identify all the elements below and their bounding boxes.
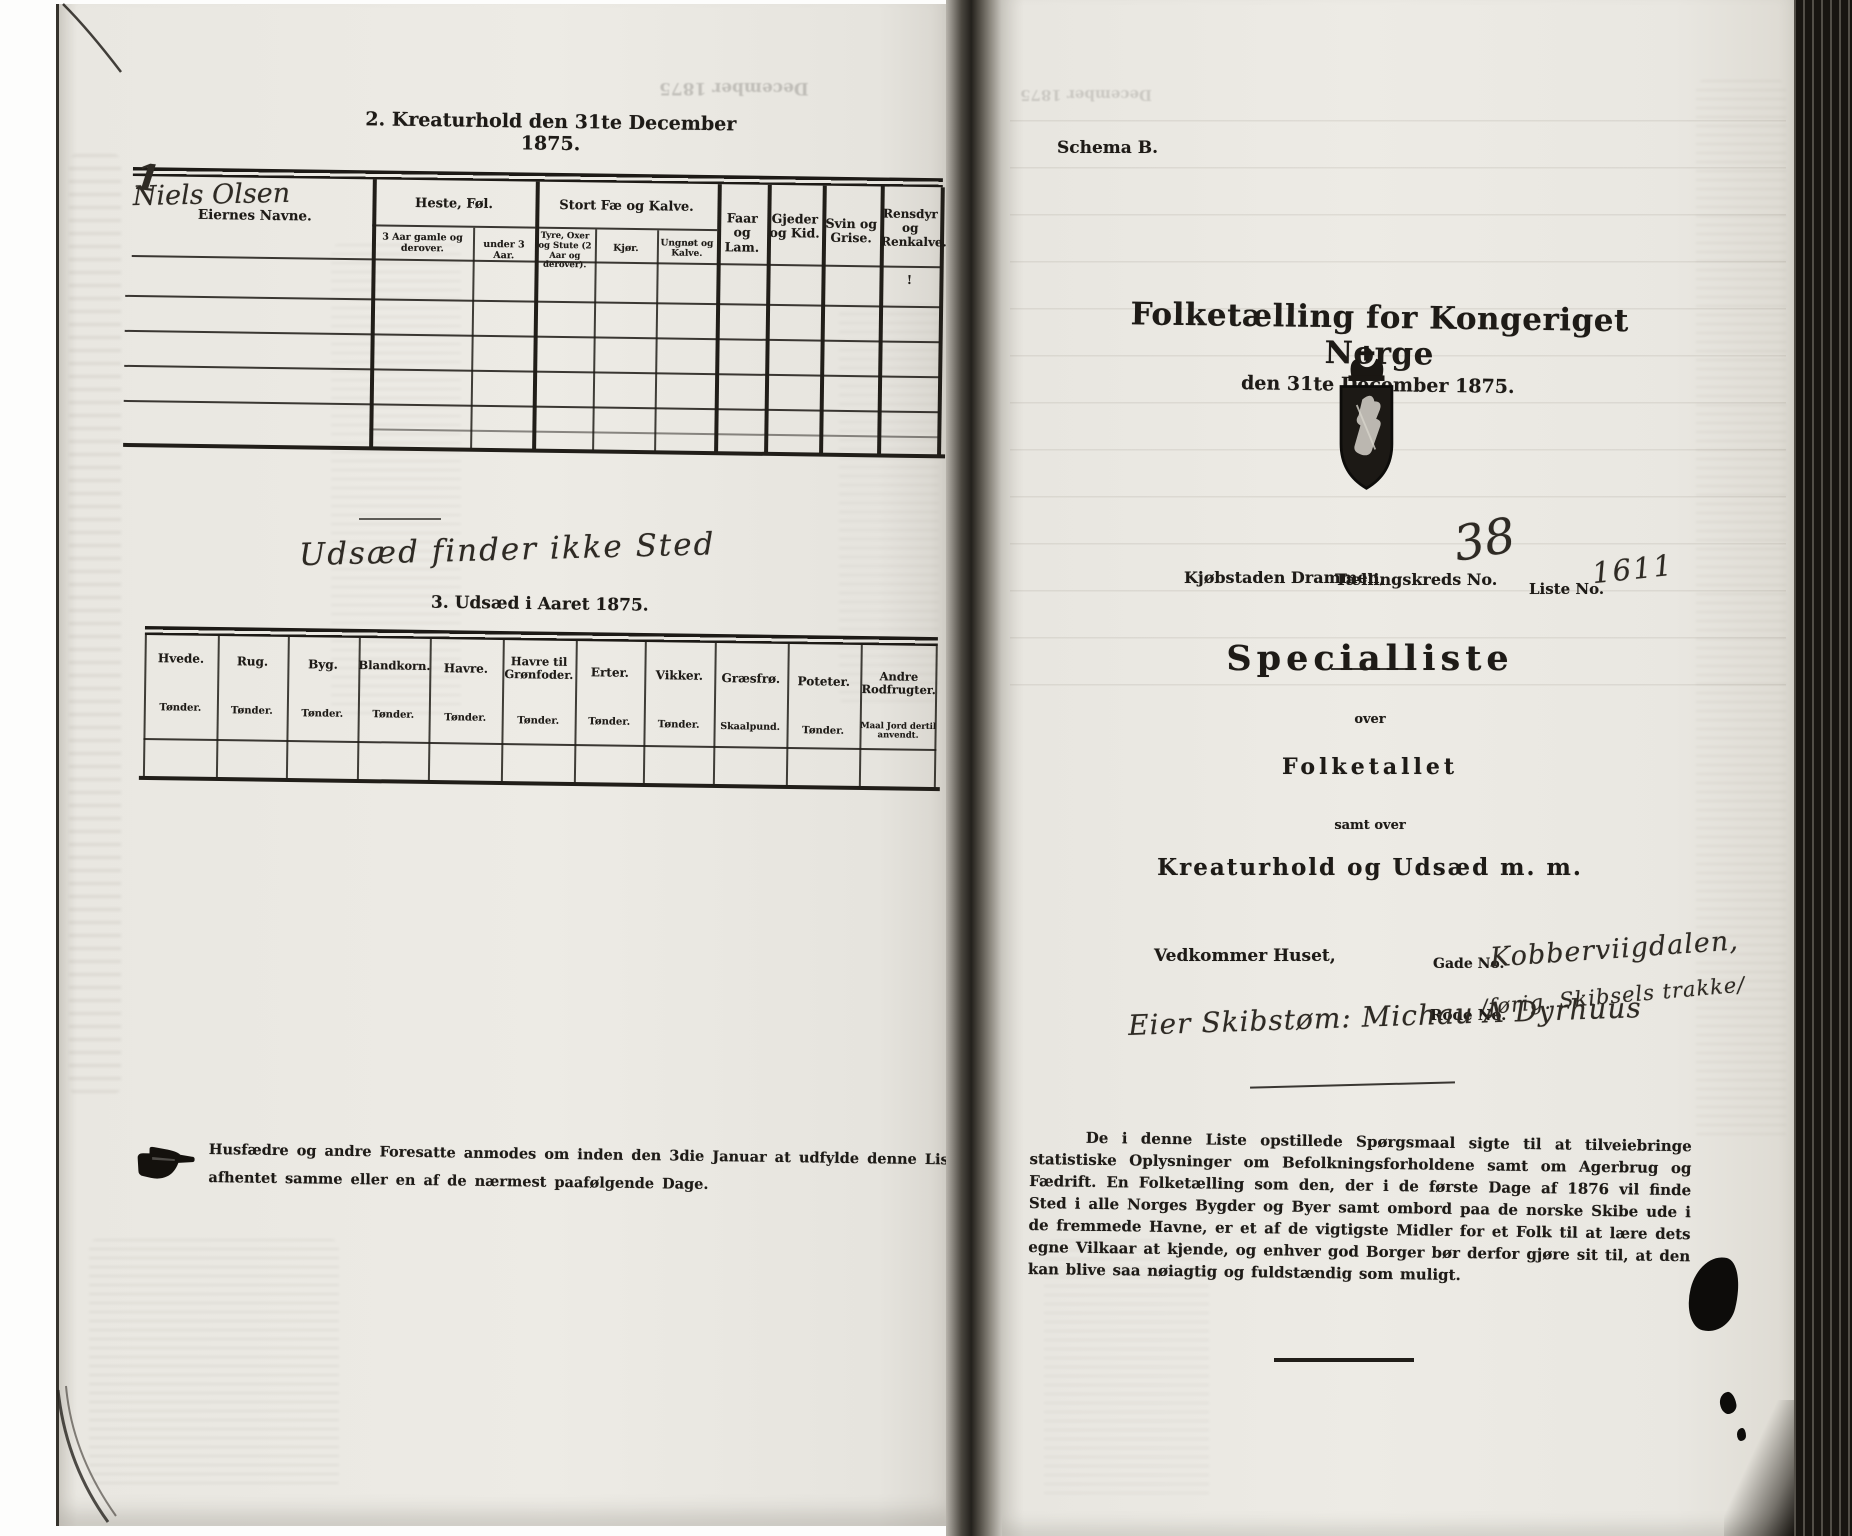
- col-unit: Tønder.: [217, 705, 287, 717]
- col-unit: Tønder.: [358, 709, 429, 721]
- col-label: Havre til Grønfoder.: [504, 655, 573, 682]
- bleed-through-text: December 1875: [659, 78, 809, 98]
- col-line: [859, 645, 862, 788]
- page-edge-curves: [56, 1384, 186, 1526]
- schema-label: Schema B.: [1057, 138, 1158, 158]
- col-unit: Maal Jord dertil anvendt.: [859, 722, 936, 742]
- vedkommer-label: Vedkommer Huset,: [1154, 946, 1336, 966]
- col-unit: Tønder.: [429, 712, 502, 725]
- col-line: [786, 644, 789, 787]
- ink-blot: [1682, 1251, 1747, 1336]
- table-bottom-rule: [139, 776, 940, 791]
- special-title: Specialliste: [1170, 638, 1570, 679]
- special-folketallet: Folketallet: [1170, 754, 1570, 780]
- col-unit: Tønder.: [575, 716, 644, 728]
- kreaturhold-title: 2. Kreaturhold den 31te December 1875.: [350, 108, 751, 158]
- col-label: Hvede.: [144, 652, 217, 667]
- page-curl-shadow: [1724, 1400, 1794, 1536]
- info-paragraph: De i denne Liste opstillede Spørgsmaal s…: [1028, 1126, 1692, 1289]
- special-kreaturhold: Kreaturhold og Udsæd m. m.: [1150, 854, 1590, 881]
- footnote-line2: afhentet samme eller en af de nærmest pa…: [208, 1169, 848, 1195]
- col-label: Blandkorn.: [358, 659, 429, 673]
- col-label: Græsfrø.: [714, 672, 787, 687]
- col-label: Erter.: [575, 666, 644, 681]
- special-samt-over: samt over: [1170, 818, 1570, 833]
- manicule-icon: [136, 1144, 195, 1187]
- footnote-line1: Husfædre og andre Foresatte anmodes om i…: [209, 1141, 849, 1167]
- col-unit: Tønder.: [644, 719, 714, 731]
- col-unit: Tønder.: [502, 715, 575, 728]
- col-line: [713, 643, 716, 786]
- col-unit: Tønder.: [144, 702, 217, 715]
- coat-of-arms: [1329, 344, 1403, 516]
- signature: Eier Skibstøm: Michau A Dyrhuus: [1128, 991, 1643, 1042]
- right-page: December 1875 Schema B. Folketælling for…: [1002, 0, 1794, 1536]
- book-gutter: [946, 0, 1002, 1536]
- page-corner-crease: [59, 2, 149, 82]
- udsaed-table: Hvede. Tønder. Rug. Tønder. Byg. Tønder.…: [143, 626, 938, 793]
- note-rule: [359, 518, 441, 520]
- bleed-through-text: December 1875: [1020, 86, 1152, 104]
- col-unit: Skaalpund.: [714, 722, 787, 734]
- col-label: Vikker.: [644, 669, 714, 684]
- district-label: Tællingskreds No.: [1335, 570, 1497, 589]
- col-line: [643, 642, 646, 785]
- census-book-scan: December 1875 2. Kreaturhold den 31te De…: [0, 0, 1852, 1536]
- closing-rule: [1274, 1358, 1414, 1362]
- book-edge: [1794, 0, 1852, 1536]
- col-label: Rug.: [217, 655, 287, 670]
- district-value: 38: [1450, 507, 1520, 573]
- kreaturhold-table: Eiernes Navne. Heste, Føl. 3 Aar gamle o…: [129, 167, 943, 460]
- col-label: Havre.: [429, 662, 502, 677]
- header-rensdyr: Rensdyr og Renkalve.: [881, 207, 940, 249]
- col-line: [934, 646, 937, 789]
- header-bottom-rule: [143, 738, 936, 751]
- bleed-through-margin: [69, 154, 121, 1094]
- table-top-rule: [145, 626, 938, 646]
- special-over: over: [1170, 712, 1570, 727]
- left-page: December 1875 2. Kreaturhold den 31te De…: [56, 4, 949, 1526]
- col-unit: Tønder.: [787, 725, 860, 738]
- footnote: Husfædre og andre Foresatte anmodes om i…: [137, 1140, 837, 1150]
- col-label: Andre Rodfrugter.: [860, 670, 937, 698]
- col-label: Byg.: [287, 658, 358, 673]
- udsaed-title: 3. Udsæd i Aaret 1875.: [390, 592, 690, 616]
- signature-rule: [1250, 1081, 1455, 1088]
- col-unit: Tønder.: [287, 708, 358, 720]
- col-line: [574, 641, 577, 784]
- col-label: Poteter.: [787, 675, 860, 690]
